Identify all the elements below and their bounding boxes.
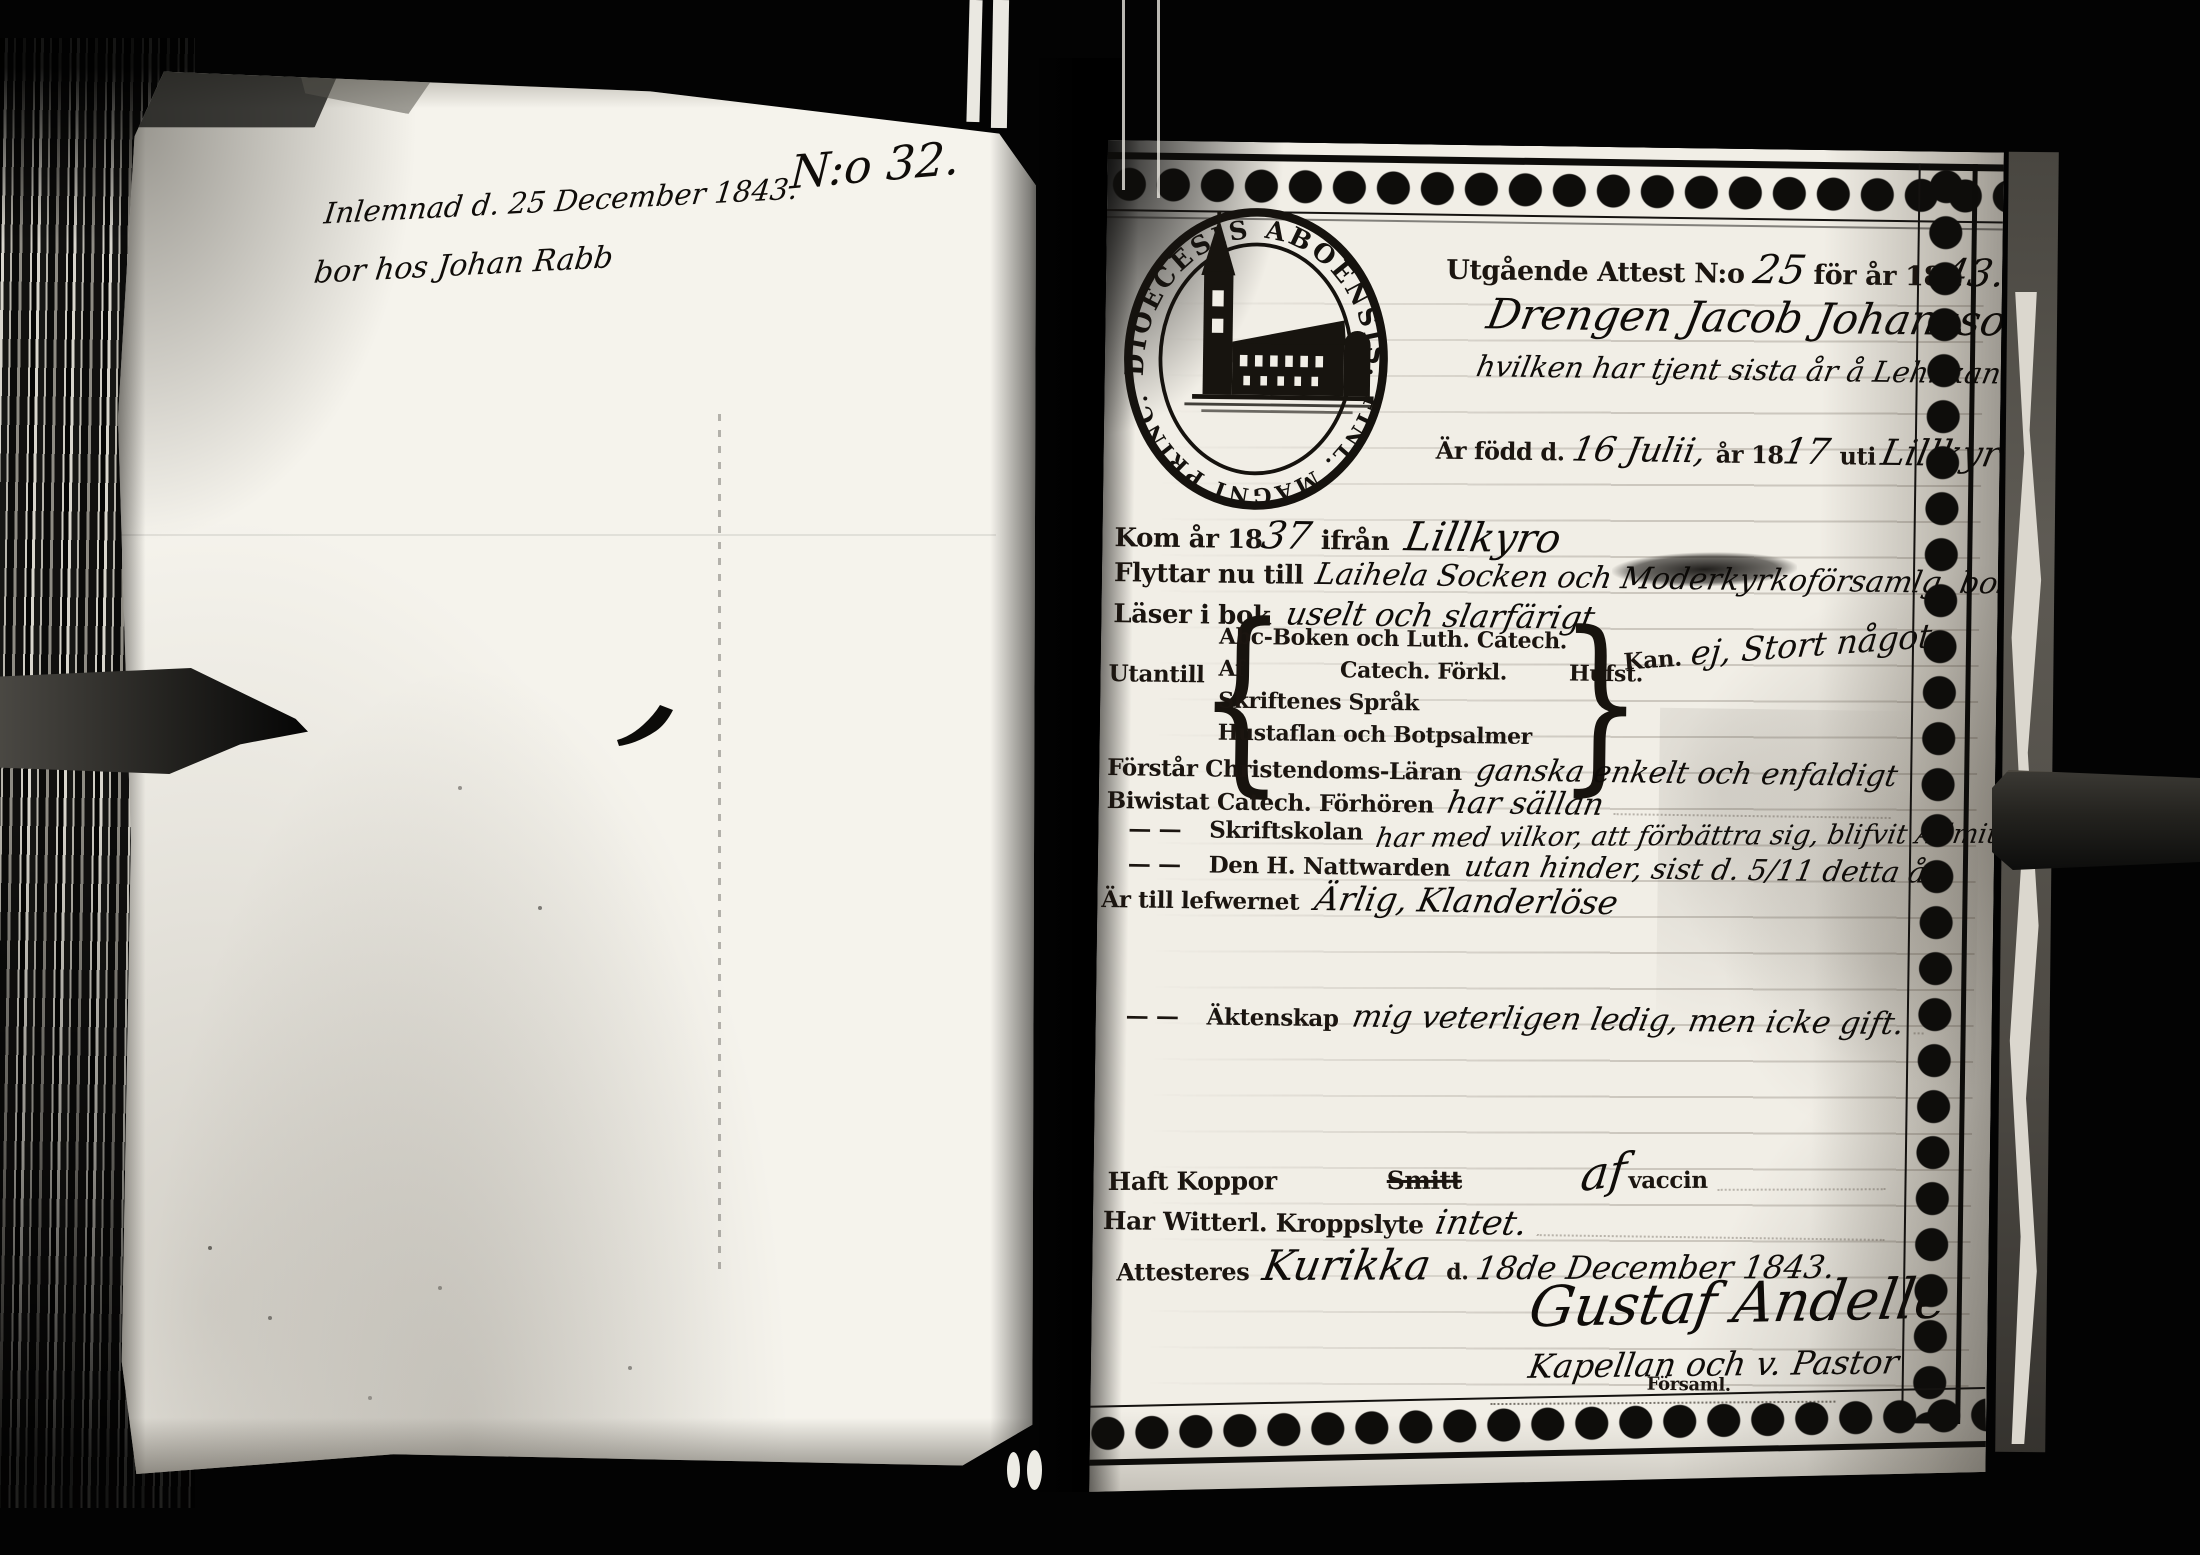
ditto-dashes: — — [1126, 1002, 1179, 1030]
smallpox-value: af [1578, 1142, 1629, 1202]
record-number: N:o 32. [789, 130, 961, 199]
bodily-defect-value: intet. [1432, 1203, 1531, 1244]
ink-speckles [208, 1246, 212, 1250]
smallpox-struck-word: Smitt [1387, 1166, 1462, 1195]
attested-printed: Attesteres [1116, 1257, 1249, 1286]
memory-item-text: Hustaflan och Botpsalmer [1218, 720, 1532, 750]
svg-text:FINL. MAGNI PRINC.: FINL. MAGNI PRINC. [1125, 390, 1384, 510]
confirmation-printed: Skriftskolan [1209, 816, 1363, 845]
left-page: N:o 32. Inlemnad d. 25 December 1843. bo… [118, 66, 1036, 1474]
rosette-border-bottom [1085, 1387, 1986, 1466]
memory-label-line: Utantill [1108, 660, 1204, 688]
ribbon-end [1007, 1452, 1020, 1488]
faint-rule [118, 534, 996, 536]
diocese-seal: DIOECESIS ABOENSIS. FINL. MAGNI PRINC. [1113, 198, 1399, 514]
born-in-printed: uti [1839, 441, 1876, 471]
book-scan: N:o 32. Inlemnad d. 25 December 1843. bo… [0, 0, 2200, 1555]
born-printed: Är född d. [1435, 436, 1564, 467]
memory-item-3: Skriftenes Språk [1218, 688, 1419, 717]
smallpox-suffix-printed: vaccin [1628, 1167, 1707, 1194]
marriage-value: mig veterligen ledig, men icke gift. [1349, 999, 1907, 1043]
service-line: hvilken har tjent sista år å Lehnkantti [1477, 349, 1941, 389]
ink-scribble [1612, 550, 1798, 588]
received-note: Inlemnad d. 25 December 1843. [322, 171, 800, 230]
dotted-rule [2056, 336, 2066, 338]
born-date: 16 Julii, [1569, 430, 1710, 472]
attest-title-line: Utgående Attest N:o 25 för år 18 43. [1446, 243, 1911, 295]
memory-item-4: Hustaflan och Botpsalmer [1218, 720, 1532, 750]
book-strap-right [1992, 770, 2200, 870]
memory-item-text: Af [1218, 656, 1244, 682]
came-ifran-printed: ifrån [1321, 526, 1390, 557]
attested-place: Kurikka [1259, 1240, 1434, 1290]
memory-printed-label: Utantill [1108, 660, 1204, 688]
ink-mark [613, 694, 685, 750]
born-line: Är född d. 16 Julii, år 18 17 uti Lillky… [1435, 427, 1940, 475]
signature-line: Gustaf Andelle [1529, 1267, 1949, 1341]
marriage-printed: Äktenskap [1206, 1003, 1338, 1032]
binding-thread [1122, 0, 1125, 190]
came-year: 37 [1258, 513, 1315, 558]
signature-name: Gustaf Andelle [1525, 1266, 1953, 1340]
memory-item-text: Catech. Förkl. [1340, 657, 1507, 685]
conduct-value: Ärlig, Klanderlöse [1312, 879, 1622, 922]
smallpox-line: Haft Koppor Smitt af vaccin [1108, 1144, 1894, 1201]
came-place: Lillkyro [1401, 514, 1565, 562]
ditto-dashes: — — [1128, 850, 1181, 878]
ditto-dashes: — — [1128, 815, 1181, 843]
memory-item-text: Abc-Boken och Luth. Catech. [1219, 624, 1567, 655]
bookmark-ribbon [991, 0, 1009, 128]
ribbon-end [1027, 1450, 1042, 1490]
dotted-rule [1614, 813, 1891, 819]
conduct-printed: Är till lefwernet [1101, 886, 1299, 916]
came-printed: Kom år 18 [1114, 523, 1263, 555]
person-line: Drengen Jacob Johansson, [1487, 289, 1910, 344]
attest-page: DIOECESIS ABOENSIS. FINL. MAGNI PRINC. [1089, 140, 2004, 1504]
dotted-rule [1718, 1188, 1886, 1191]
title-printed-label: Utgående Attest N:o [1446, 255, 1745, 290]
smallpox-printed: Haft Koppor [1108, 1166, 1277, 1196]
memory-item-1: Abc-Boken och Luth. Catech. [1219, 624, 1567, 655]
binding-thread [1157, 0, 1160, 198]
bodily-defect-printed: Har Witterl. Kroppslyte [1103, 1206, 1424, 1239]
residence-note: bor hos Johan Rabb [312, 240, 615, 291]
attest-number: 25 [1750, 247, 1810, 294]
memory-item-text: Skriftenes Språk [1218, 688, 1419, 717]
bookmark-ribbon [966, 0, 982, 122]
born-year-printed: år 18 [1716, 440, 1784, 470]
born-year: 17 [1780, 432, 1834, 474]
memory-result-printed: Kan. [1623, 644, 1683, 675]
seal-legend-bottom: FINL. MAGNI PRINC. [1125, 390, 1384, 510]
attested-d-printed: d. [1446, 1259, 1468, 1285]
fold-line [718, 414, 721, 1276]
